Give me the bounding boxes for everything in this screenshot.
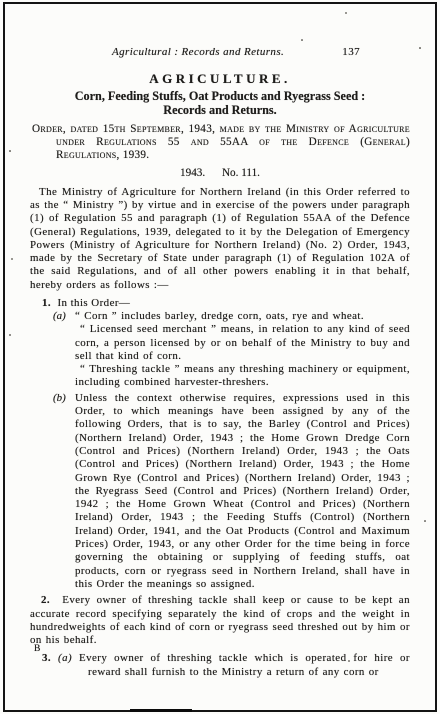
subtitle-line-2: Records and Returns.	[30, 104, 410, 118]
intro-paragraph: The Ministry of Agriculture for Northern…	[30, 186, 410, 292]
running-header: Agricultural : Records and Returns. 137	[30, 46, 410, 61]
section-3-paragraph: 3. (a) Every owner of threshing tackle w…	[30, 652, 410, 679]
order-preamble: Order, dated 15th September, 1943, made …	[32, 123, 410, 163]
section-2-paragraph: 2. Every owner of threshing tackle shall…	[30, 594, 410, 647]
order-subtitle: Corn, Feeding Stuffs, Oat Products and R…	[30, 90, 410, 117]
definition-threshing-tackle: “ Threshing tackle ” means any threshing…	[75, 363, 410, 390]
subtitle-line-1: Corn, Feeding Stuffs, Oat Products and R…	[30, 90, 410, 104]
scan-speck	[11, 258, 13, 260]
scan-speck	[424, 520, 426, 522]
page-title: AGRICULTURE.	[30, 71, 410, 87]
section-3-text: Every owner of threshing tackle which is…	[79, 652, 410, 677]
scan-speck	[419, 47, 421, 49]
section-3-number: 3.	[42, 652, 51, 664]
running-title: Agricultural : Records and Returns.	[112, 46, 284, 58]
definition-corn: “ Corn ” includes barley, dredge corn, o…	[75, 310, 410, 323]
item-b-label: (b)	[53, 392, 66, 404]
section-1-number: 1.	[42, 297, 51, 309]
item-b-text: Unless the context otherwise requires, e…	[75, 392, 410, 591]
scanned-document-page: Agricultural : Records and Returns. 137 …	[0, 0, 440, 714]
scan-speck	[345, 12, 347, 14]
printer-signature-mark: B	[34, 644, 40, 654]
page-number: 137	[342, 46, 360, 58]
section-3-item-label: (a)	[58, 652, 72, 664]
scan-speck	[9, 150, 11, 152]
item-a-label: (a)	[53, 310, 66, 322]
page-content: Agricultural : Records and Returns. 137 …	[30, 46, 410, 684]
section-2-number: 2.	[41, 594, 50, 606]
section-2-text: Every owner of threshing tackle shall ke…	[30, 594, 410, 646]
scan-speck	[9, 334, 11, 336]
scan-speck	[301, 39, 303, 41]
definition-licensed-seed-merchant: “ Licensed seed merchant ” means, in rel…	[75, 323, 410, 363]
order-number: 1943. No. 111.	[30, 167, 410, 179]
section-1-item-b: (b) Unless the context otherwise require…	[30, 392, 410, 591]
section-1-heading: 1. In this Order—	[42, 297, 410, 309]
section-1-item-a: (a) “ Corn ” includes barley, dredge cor…	[30, 310, 410, 390]
ink-smudge	[130, 709, 192, 713]
section-1-heading-text: In this Order—	[57, 297, 130, 309]
